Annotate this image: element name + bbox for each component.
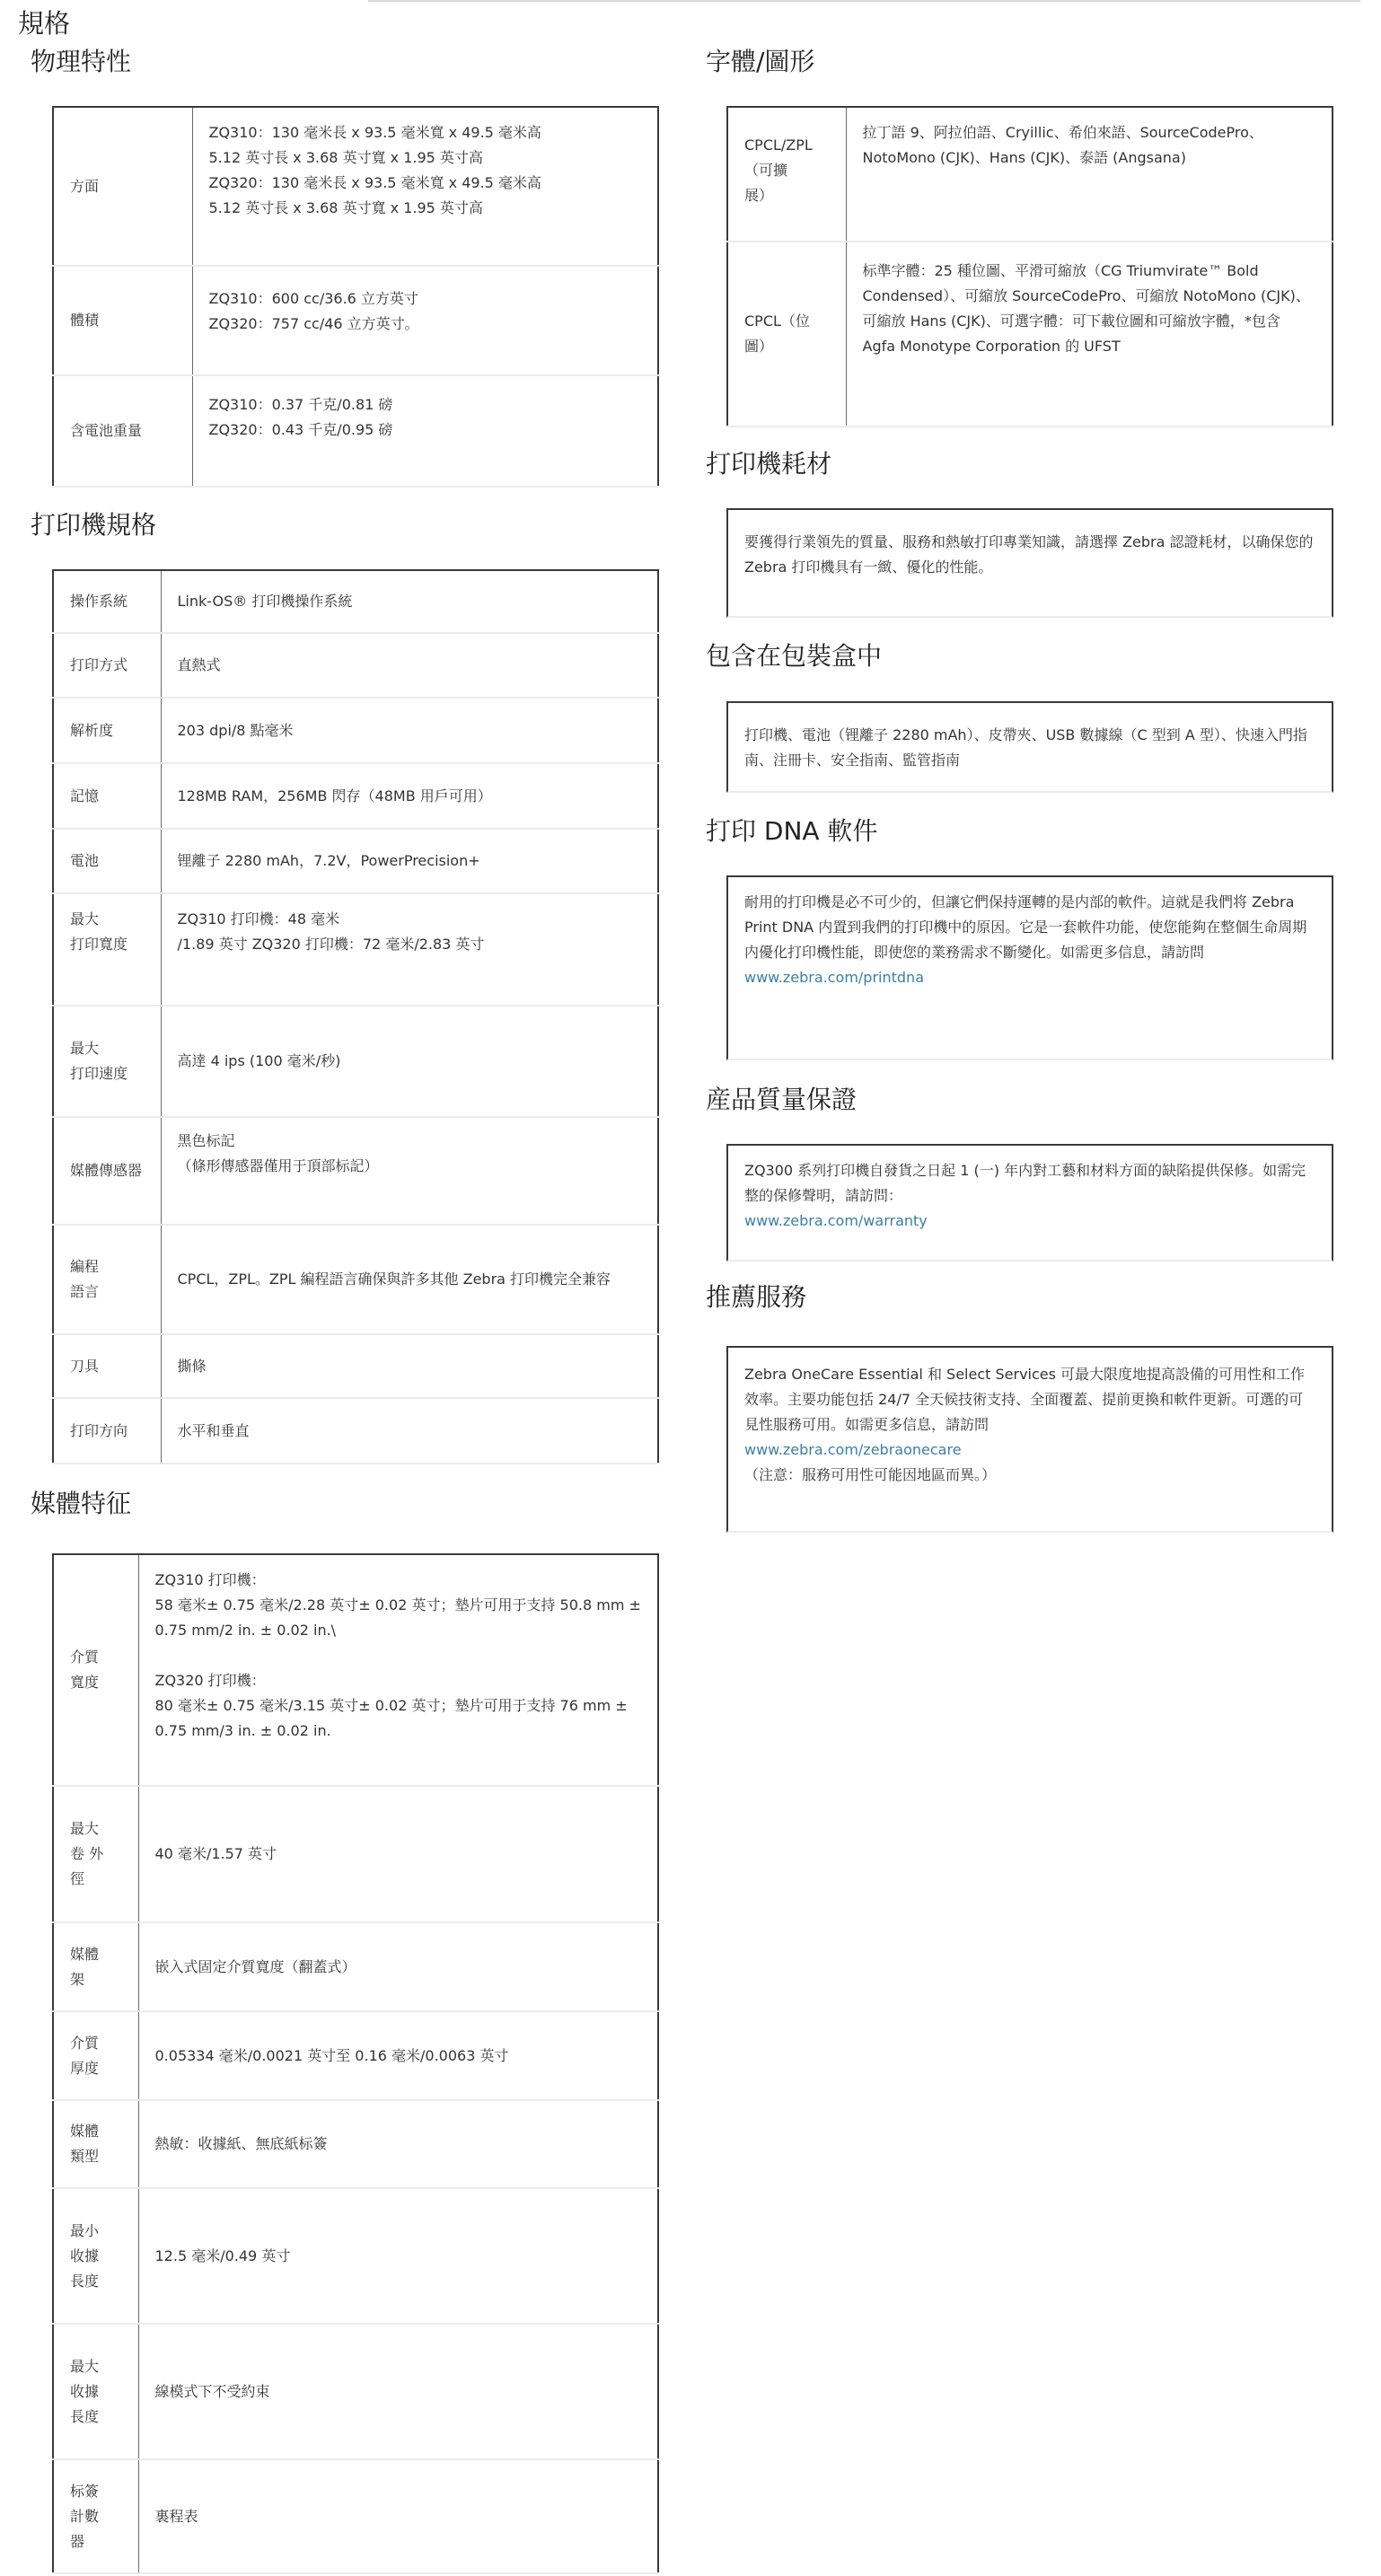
row-label: CPCL（位 圖） — [727, 242, 846, 426]
table-row: 編程 語言CPCL，ZPL。ZPL 編程語言确保與許多其他 Zebra 打印機完… — [53, 1225, 658, 1334]
table-row: 最大 收據 長度線模式下不受約束 — [53, 2324, 658, 2459]
section-title-services: 推薦服務 — [706, 1282, 806, 1313]
table-row: 打印方向水平和垂直 — [53, 1398, 658, 1464]
row-value: 撕條 — [161, 1334, 658, 1398]
services-note: （注意：服務可用性可能因地區而異。） — [744, 1463, 1315, 1488]
row-value: 嵌入式固定介質寬度（翻蓋式） — [138, 1922, 658, 2011]
fonts-table: CPCL/ZPL （可擴 展） 拉丁語 9、阿拉伯語、Cryillic、希伯來語… — [726, 106, 1333, 427]
row-label: 打印方式 — [53, 633, 161, 698]
warranty-link[interactable]: www.zebra.com/warranty — [744, 1209, 1315, 1234]
page-title: 規格 — [18, 4, 70, 40]
table-row: 記憶128MB RAM，256MB 閃存（48MB 用戶可用） — [53, 763, 658, 829]
row-value: 40 毫米/1.57 英寸 — [138, 1786, 658, 1922]
supplies-text: 要獲得行業領先的質量、服務和熱敏打印專業知識，請選擇 Zebra 認證耗材，以确… — [744, 533, 1314, 576]
row-label: 媒體 架 — [53, 1922, 138, 2011]
table-row: 介質 寬度ZQ310 打印機： 58 毫米± 0.75 毫米/2.28 英寸± … — [53, 1554, 658, 1786]
services-box: Zebra OneCare Essential 和 Select Service… — [726, 1346, 1333, 1533]
table-row: 媒體傳感器黑色标記 （條形傳感器僅用于頂部标記） — [53, 1117, 658, 1225]
row-label: 方面 — [53, 107, 192, 266]
top-divider — [368, 0, 1360, 2]
in-box-box: 打印機、電池（锂離子 2280 mAh）、皮帶夾、USB 數據線（C 型到 A … — [726, 701, 1333, 793]
table-row: 方面 ZQ310：130 毫米長 x 93.5 毫米寬 x 49.5 毫米高 5… — [53, 107, 658, 266]
section-title-fonts: 字體/圖形 — [706, 47, 814, 77]
row-label: 媒體 類型 — [53, 2100, 138, 2188]
row-value: 锂離子 2280 mAh，7.2V，PowerPrecision+ — [161, 829, 658, 893]
printer-table: 操作系統Link-OS® 打印機操作系統 打印方式直熱式 解析度203 dpi/… — [52, 569, 659, 1464]
table-row: 标簽 計數 器裏程表 — [53, 2459, 658, 2573]
section-title-printer: 打印機規格 — [31, 510, 156, 541]
row-label: 操作系統 — [53, 570, 161, 633]
table-row: 含電池重量 ZQ310：0.37 千克/0.81 磅 ZQ320：0.43 千克… — [53, 375, 658, 487]
row-value: 高達 4 ips (100 毫米/秒) — [161, 1006, 658, 1117]
row-value: 0.05334 毫米/0.0021 英寸至 0.16 毫米/0.0063 英寸 — [138, 2011, 658, 2100]
table-row: 操作系統Link-OS® 打印機操作系統 — [53, 570, 658, 633]
row-value: ZQ310 打印機：48 毫米 /1.89 英寸 ZQ320 打印機：72 毫米… — [161, 893, 658, 1006]
row-value: ZQ310：130 毫米長 x 93.5 毫米寬 x 49.5 毫米高 5.12… — [192, 107, 658, 266]
row-label: 最大 打印速度 — [53, 1006, 161, 1117]
row-label: CPCL/ZPL （可擴 展） — [727, 107, 846, 242]
row-label: 最大 打印寬度 — [53, 893, 161, 1006]
table-row: 體積 ZQ310：600 cc/36.6 立方英寸 ZQ320：757 cc/4… — [53, 266, 658, 375]
table-row: 解析度203 dpi/8 點毫米 — [53, 698, 658, 763]
table-row: 最大 打印寬度ZQ310 打印機：48 毫米 /1.89 英寸 ZQ320 打印… — [53, 893, 658, 1006]
row-label: 媒體傳感器 — [53, 1117, 161, 1225]
section-title-warranty: 産品質量保證 — [706, 1085, 857, 1115]
row-value: CPCL，ZPL。ZPL 編程語言确保與許多其他 Zebra 打印機完全兼容 — [161, 1225, 658, 1334]
services-text: Zebra OneCare Essential 和 Select Service… — [744, 1366, 1305, 1433]
table-row: 最大 卷 外 徑40 毫米/1.57 英寸 — [53, 1786, 658, 1922]
row-value: 直熱式 — [161, 633, 658, 698]
row-label: 電池 — [53, 829, 161, 893]
row-value: ZQ310：600 cc/36.6 立方英寸 ZQ320：757 cc/46 立… — [192, 266, 658, 375]
row-label: 最小 收據 長度 — [53, 2188, 138, 2324]
services-link[interactable]: www.zebra.com/zebraonecare — [744, 1437, 1315, 1463]
table-row: 媒體 架嵌入式固定介質寬度（翻蓋式） — [53, 1922, 658, 2011]
row-value: 203 dpi/8 點毫米 — [161, 698, 658, 763]
row-label: 編程 語言 — [53, 1225, 161, 1334]
print-dna-link[interactable]: www.zebra.com/printdna — [744, 965, 1315, 990]
row-label: 體積 — [53, 266, 192, 375]
section-title-print-dna: 打印 DNA 軟件 — [706, 816, 877, 847]
table-row: 刀具撕條 — [53, 1334, 658, 1398]
supplies-box: 要獲得行業領先的質量、服務和熱敏打印專業知識，請選擇 Zebra 認證耗材，以确… — [726, 508, 1333, 618]
row-value: 12.5 毫米/0.49 英寸 — [138, 2188, 658, 2324]
physical-table: 方面 ZQ310：130 毫米長 x 93.5 毫米寬 x 49.5 毫米高 5… — [52, 106, 659, 488]
row-value: ZQ310：0.37 千克/0.81 磅 ZQ320：0.43 千克/0.95 … — [192, 375, 658, 487]
row-label: 最大 卷 外 徑 — [53, 1786, 138, 1922]
row-value: 拉丁語 9、阿拉伯語、Cryillic、希伯來語、SourceCodePro、 … — [846, 107, 1333, 242]
row-label: 标簽 計數 器 — [53, 2459, 138, 2573]
row-value: 128MB RAM，256MB 閃存（48MB 用戶可用） — [161, 763, 658, 829]
table-row: 介質 厚度0.05334 毫米/0.0021 英寸至 0.16 毫米/0.006… — [53, 2011, 658, 2100]
row-value: 裏程表 — [138, 2459, 658, 2573]
row-value: 線模式下不受約束 — [138, 2324, 658, 2459]
row-label: 打印方向 — [53, 1398, 161, 1464]
media-table: 介質 寬度ZQ310 打印機： 58 毫米± 0.75 毫米/2.28 英寸± … — [52, 1553, 659, 2574]
table-row: 電池锂離子 2280 mAh，7.2V，PowerPrecision+ — [53, 829, 658, 893]
table-row: CPCL/ZPL （可擴 展） 拉丁語 9、阿拉伯語、Cryillic、希伯來語… — [727, 107, 1333, 242]
table-row: 媒體 類型熱敏：收據紙、無底紙标簽 — [53, 2100, 658, 2188]
print-dna-box: 耐用的打印機是必不可少的，但讓它們保持運轉的是内部的軟件。這就是我們将 Zebr… — [726, 875, 1333, 1060]
row-value: 水平和垂直 — [161, 1398, 658, 1464]
section-title-in-box: 包含在包裝盒中 — [706, 641, 882, 672]
row-value: Link-OS® 打印機操作系統 — [161, 570, 658, 633]
warranty-text: ZQ300 系列打印機自發貨之日起 1 (一) 年内對工藝和材料方面的缺陷提供保… — [744, 1162, 1306, 1204]
table-row: 打印方式直熱式 — [53, 633, 658, 698]
section-title-media: 媒體特征 — [31, 1489, 131, 1519]
print-dna-text: 耐用的打印機是必不可少的，但讓它們保持運轉的是内部的軟件。這就是我們将 Zebr… — [744, 893, 1306, 961]
in-box-text: 打印機、電池（锂離子 2280 mAh）、皮帶夾、USB 數據線（C 型到 A … — [744, 726, 1307, 769]
warranty-box: ZQ300 系列打印機自發貨之日起 1 (一) 年内對工藝和材料方面的缺陷提供保… — [726, 1144, 1333, 1262]
row-label: 介質 厚度 — [53, 2011, 138, 2100]
row-label: 介質 寬度 — [53, 1554, 138, 1786]
row-value: 熱敏：收據紙、無底紙标簽 — [138, 2100, 658, 2188]
row-label: 刀具 — [53, 1334, 161, 1398]
table-row: 最小 收據 長度12.5 毫米/0.49 英寸 — [53, 2188, 658, 2324]
section-title-supplies: 打印機耗材 — [706, 449, 831, 479]
row-label: 記憶 — [53, 763, 161, 829]
row-label: 解析度 — [53, 698, 161, 763]
row-label: 最大 收據 長度 — [53, 2324, 138, 2459]
row-value: 标準字體：25 種位圖、平滑可縮放（CG Triumvirate™ Bold C… — [846, 242, 1333, 426]
table-row: CPCL（位 圖） 标準字體：25 種位圖、平滑可縮放（CG Triumvira… — [727, 242, 1333, 426]
row-value: 黑色标記 （條形傳感器僅用于頂部标記） — [161, 1117, 658, 1225]
section-title-physical: 物理特性 — [31, 47, 131, 77]
table-row: 最大 打印速度高達 4 ips (100 毫米/秒) — [53, 1006, 658, 1117]
row-label: 含電池重量 — [53, 375, 192, 487]
row-value: ZQ310 打印機： 58 毫米± 0.75 毫米/2.28 英寸± 0.02 … — [138, 1554, 658, 1786]
